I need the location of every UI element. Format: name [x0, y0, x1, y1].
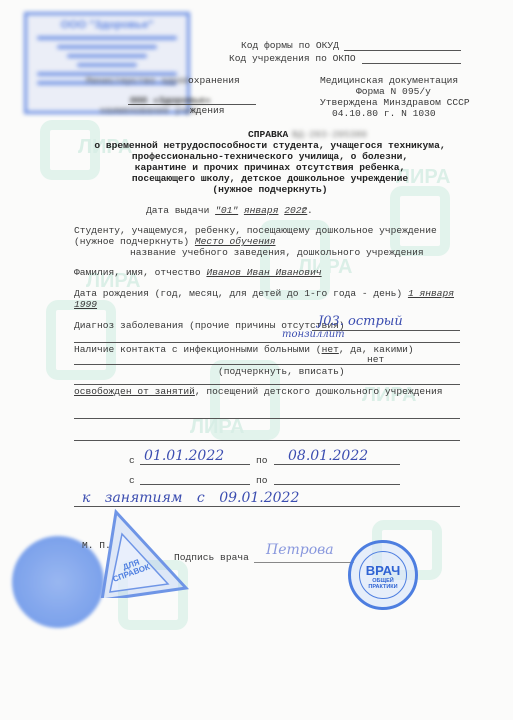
watermark-shape [390, 186, 450, 256]
issue-date-label: Дата выдачи [146, 205, 209, 216]
okpo-field[interactable] [362, 63, 461, 64]
mp-label: М. П. [82, 540, 111, 551]
student-line-1: Студенту, учащемуся, ребенку, посещающем… [74, 225, 437, 236]
period-from-1: 01.01.2022 [144, 448, 224, 464]
title-line-3: карантине и прочих причинах отсутствия р… [60, 162, 480, 173]
doctor-signature-field[interactable] [254, 562, 354, 563]
period-to-field-1[interactable] [274, 464, 400, 465]
release-row: освобожден от занятий, посещений детског… [74, 386, 442, 397]
issue-date-row: Дата выдачи "01" января 2022г. [146, 205, 313, 216]
doctor-signature: Петрова [266, 542, 334, 558]
watermark-shape [46, 300, 116, 380]
period-to-label-1: по [256, 455, 268, 466]
release-underlined: освобожден от занятий [74, 386, 195, 397]
issue-day: "01" [215, 205, 238, 216]
contact-caption: (подчеркнуть, вписать) [218, 366, 345, 377]
fio-value: Иванов Иван Иванович [206, 267, 321, 278]
doctor-stamp-subtitle: ОБЩЕЙ ПРАКТИКИ [351, 578, 415, 590]
doctor-stamp-line-2: ПРАКТИКИ [351, 584, 415, 590]
return-note-field[interactable] [74, 506, 460, 507]
ministry-blurred: Министерство здрав [86, 75, 190, 86]
period-from-label-1: с [129, 455, 135, 466]
doctor-stamp: ВРАЧ ОБЩЕЙ ПРАКТИКИ [348, 540, 418, 610]
okud-field[interactable] [344, 50, 461, 51]
blank-line-1[interactable] [74, 418, 460, 419]
contact-field[interactable] [74, 364, 460, 365]
org-stamp-name: ООО "Здоровье" [27, 19, 187, 31]
okpo-label: Код учреждения по ОКПО [229, 53, 356, 64]
title-line-1: о временной нетрудоспособности студента,… [60, 140, 480, 151]
diagnosis-field-line-2[interactable] [74, 342, 460, 343]
period-from-field-2[interactable] [140, 484, 250, 485]
fio-row: Фамилия, имя, отчество Иванов Иван Ивано… [74, 267, 322, 278]
issue-year-suffix: г. [301, 205, 313, 216]
form-number: Форма N 095/у [356, 86, 431, 97]
birth-label: Дата рождения (год, месяц, для детей до … [74, 288, 402, 299]
birth-value-1: 1 января [408, 288, 454, 299]
return-note: к занятиям с 09.01.2022 [82, 490, 299, 506]
approved-date: 04.10.80 г. N 1030 [332, 108, 436, 119]
ministry-label: охранения [188, 75, 240, 86]
title-line-2: профессионально-технического училища, о … [60, 151, 480, 162]
title-line-5: (нужное подчеркнуть) [60, 184, 480, 195]
contact-row: Наличие контакта с инфекционными больным… [74, 344, 414, 355]
institution-label: ждения [190, 105, 225, 116]
birth-value-2: 1999 [74, 299, 97, 310]
doc-title: СПРАВКА [248, 129, 288, 140]
school-caption: название учебного заведения, дошкольного… [130, 247, 424, 258]
issue-month: января [244, 205, 279, 216]
contact-label-prefix: Наличие контакта с инфекционными больным… [74, 344, 322, 355]
okud-label: Код формы по ОКУД [241, 40, 339, 51]
contact-selected: нет [322, 344, 339, 355]
doctor-stamp-title: ВРАЧ [351, 563, 415, 578]
doctor-signature-label: Подпись врача [174, 552, 249, 563]
title-line-4: посещающего школу, детское дошкольное уч… [60, 173, 480, 184]
watermark: ЛИРА [190, 416, 244, 439]
institution-blurred: наименование учрe [100, 105, 198, 116]
med-doc-label: Медицинская документация [320, 75, 458, 86]
period-to-field-2[interactable] [274, 484, 400, 485]
period-to-1: 08.01.2022 [288, 448, 368, 464]
blank-line-2[interactable] [74, 440, 460, 441]
period-from-field-1[interactable] [140, 464, 250, 465]
diagnosis-handwritten-1: J03. острый [318, 314, 403, 329]
student-line-2: (нужное подчеркнуть) Место обучения [74, 236, 276, 247]
period-from-label-2: с [129, 475, 135, 486]
diagnosis-handwritten-2: тонзиллит [282, 329, 345, 340]
release-line-top [74, 384, 460, 385]
period-to-label-2: по [256, 475, 268, 486]
doc-number: ВД-203-205380 [292, 129, 367, 140]
release-rest: , посещений детского дошкольного учрежде… [195, 386, 443, 397]
medical-certificate-page: ЛИРА ЛИРА ЛИРА ЛИРА ЛИРА ЛИРА ООО "Здоро… [0, 0, 513, 720]
underline-hint: (нужное подчеркнуть) [74, 236, 189, 247]
school-value: Место обучения [195, 236, 276, 247]
fio-label: Фамилия, имя, отчество [74, 267, 201, 278]
birth-row: Дата рождения (год, месяц, для детей до … [74, 288, 454, 299]
approved-label: Утверждена Минздравом СССР [320, 97, 470, 108]
